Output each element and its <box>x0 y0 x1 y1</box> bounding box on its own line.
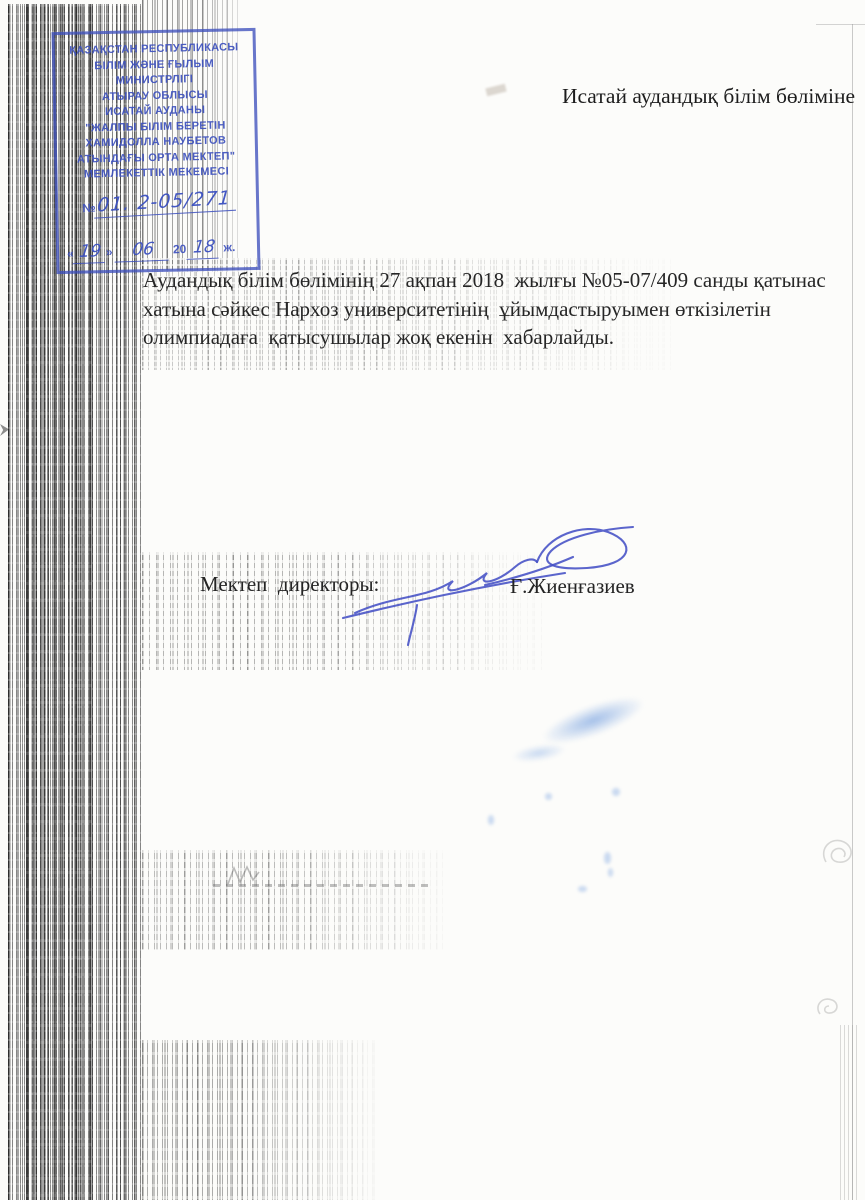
date-year-handwritten: 18 <box>187 237 222 260</box>
body-line: хатына сәйкес Нархоз университетінің ұйы… <box>143 295 803 324</box>
ghost-squiggle <box>226 864 266 890</box>
ink-smudge-main <box>509 680 664 771</box>
stamp-number-row: №01. 2-05/271 <box>82 187 239 220</box>
ink-smudge-dot <box>488 815 494 825</box>
scan-streak-band-bottom <box>142 1040 377 1200</box>
margin-squiggle-top <box>816 832 860 876</box>
date-year-printed: 20 <box>173 242 187 257</box>
recipient-line: Исатай аудандық білім бөліміне <box>520 84 855 109</box>
official-stamp: ҚАЗАҚСТАН РЕСПУБЛИКАСЫБІЛІМ ЖӘНЕ ҒЫЛЫММИ… <box>51 28 260 274</box>
date-day-handwritten: 19 <box>72 241 107 264</box>
small-smear <box>485 84 506 97</box>
scan-streak-band-bottom-right <box>840 1025 860 1200</box>
ink-smudge-dot <box>604 852 611 864</box>
ink-smudge-dot <box>612 788 620 796</box>
body-paragraph: Аудандық білім бөлімінің 27 ақпан 2018 ж… <box>143 266 803 352</box>
signature-name: Ғ.Жиенғазиев <box>510 574 635 599</box>
page-edge-vertical-line <box>852 24 853 1200</box>
stamp-number-handwritten: 01. 2-05/271 <box>95 187 239 219</box>
stamp-date-row: «19» 06 2018 ж. <box>67 235 252 264</box>
scanned-letter-page: ҚАЗАҚСТАН РЕСПУБЛИКАСЫБІЛІМ ЖӘНЕ ҒЫЛЫММИ… <box>0 0 865 1200</box>
date-month-handwritten: 06 <box>114 238 171 262</box>
ink-smudge-dot <box>578 886 587 892</box>
scan-streak-band-middle <box>142 850 447 950</box>
left-edge-mark <box>0 424 9 436</box>
body-line: Аудандық білім бөлімінің 27 ақпан 2018 ж… <box>143 266 803 295</box>
stamp-line: МЕМЛЕКЕТТІК МЕКЕМЕСІ <box>57 164 255 184</box>
page-edge-horizontal-line <box>816 24 865 25</box>
body-line: олимпиадаға қатысушылар жоқ екенін хабар… <box>143 323 803 352</box>
stamp-text: ҚАЗАҚСТАН РЕСПУБЛИКАСЫБІЛІМ ЖӘНЕ ҒЫЛЫММИ… <box>55 40 256 184</box>
date-suffix: ж. <box>223 240 235 254</box>
ink-smudge-dot <box>545 793 552 800</box>
ink-smudge-secondary <box>499 736 579 770</box>
margin-squiggle-bottom <box>812 992 844 1024</box>
ink-smudge-dot <box>608 868 613 877</box>
